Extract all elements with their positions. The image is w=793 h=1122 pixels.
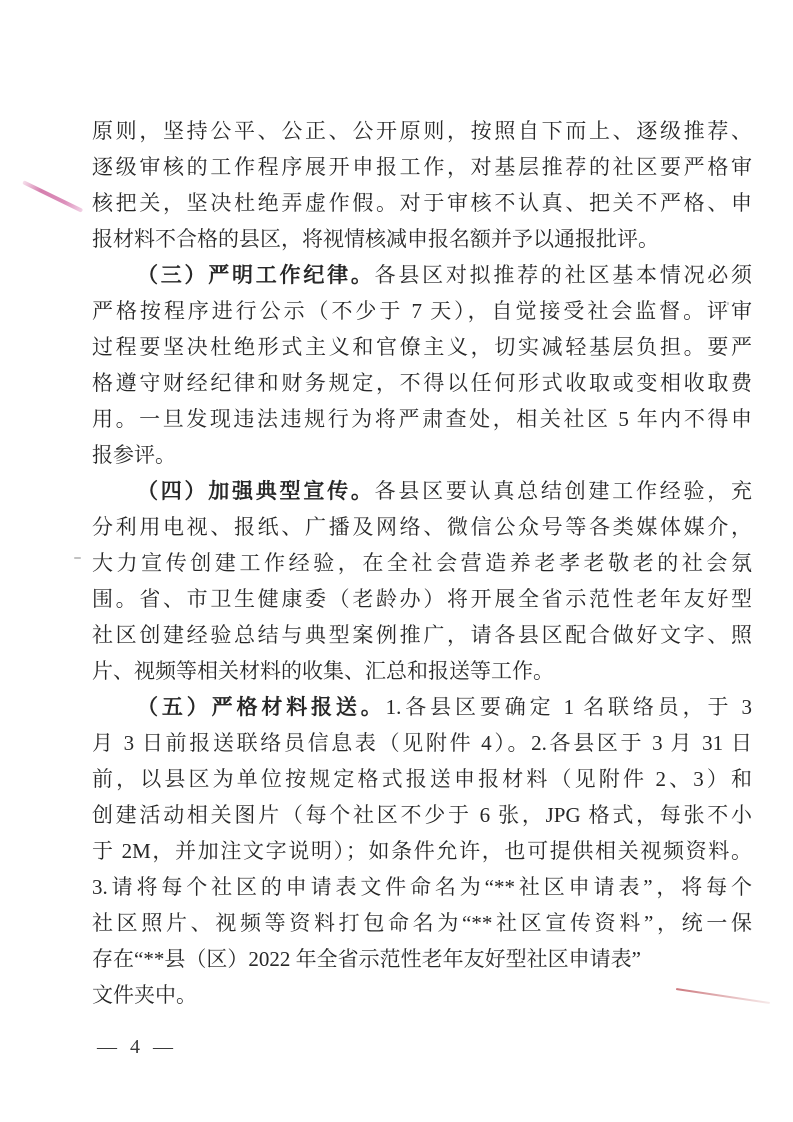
page-number: — 4 —	[97, 1036, 177, 1059]
line-text: 各县区要认真总结创建工作经验，充	[375, 479, 752, 503]
section-heading: （三）严明工作纪律。	[137, 263, 375, 287]
text-line: 分利用电视、报纸、广播及网络、微信公众号等各类媒体媒介，	[92, 509, 752, 545]
line-text: 3.请将每个社区的申请表文件命名为“**社区申请表”，将每个	[92, 875, 752, 899]
text-line: 报参评。	[92, 437, 752, 473]
line-text: 文件夹中。	[92, 983, 197, 1007]
text-line: 月 3 日前报送联络员信息表（见附件 4）。2.各县区于 3 月 31 日	[92, 725, 752, 761]
text-line: 社区创建经验总结与典型案例推广，请各县区配合做好文字、照	[92, 617, 752, 653]
line-text: 用。一旦发现违法违规行为将严肃查处，相关社区 5 年内不得申	[92, 407, 752, 431]
text-line: （四）加强典型宣传。各县区要认真总结创建工作经验，充	[92, 473, 752, 509]
text-line: 报材料不合格的县区，将视情核减申报名额并予以通报批评。	[92, 221, 752, 257]
line-text: 存在“**县（区）2022 年全省示范性老年友好型社区申请表”	[92, 947, 641, 971]
line-text: 分利用电视、报纸、广播及网络、微信公众号等各类媒体媒介，	[92, 515, 752, 539]
document-body: 原则，坚持公平、公正、公开原则，按照自下而上、逐级推荐、 逐级审核的工作程序展开…	[92, 113, 752, 1013]
text-line: 核把关，坚决杜绝弄虚作假。对于审核不认真、把关不严格、申	[92, 185, 752, 221]
line-text: 围。省、市卫生健康委（老龄办）将开展全省示范性老年友好型	[92, 587, 752, 611]
pink-pen-mark	[22, 180, 83, 213]
line-text: 报材料不合格的县区，将视情核减申报名额并予以通报批评。	[92, 227, 659, 251]
section-heading: （四）加强典型宣传。	[137, 479, 375, 503]
text-line: （五）严格材料报送。1.各县区要确定 1 名联络员，于 3	[92, 689, 752, 725]
text-line: 片、视频等相关材料的收集、汇总和报送等工作。	[92, 653, 752, 689]
line-text: 各县区对拟推荐的社区基本情况必须	[375, 263, 752, 287]
text-line: 创建活动相关图片（每个社区不少于 6 张，JPG 格式，每张不小	[92, 797, 752, 833]
line-text: 过程要坚决杜绝形式主义和官僚主义，切实减轻基层负担。要严	[92, 335, 752, 359]
text-line: 用。一旦发现违法违规行为将严肃查处，相关社区 5 年内不得申	[92, 401, 752, 437]
line-text: 逐级审核的工作程序展开申报工作，对基层推荐的社区要严格审	[92, 155, 752, 179]
text-line: 存在“**县（区）2022 年全省示范性老年友好型社区申请表”	[92, 941, 752, 977]
section-heading: （五）严格材料报送。	[137, 695, 386, 719]
line-text: 社区创建经验总结与典型案例推广，请各县区配合做好文字、照	[92, 623, 752, 647]
text-line: 原则，坚持公平、公正、公开原则，按照自下而上、逐级推荐、	[92, 113, 752, 149]
text-line: 前，以县区为单位按规定格式报送申报材料（见附件 2、3）和	[92, 761, 752, 797]
text-line: 格遵守财经纪律和财务规定，不得以任何形式收取或变相收取费	[92, 365, 752, 401]
line-text: 大力宣传创建工作经验，在全社会营造养老孝老敬老的社会氛	[92, 551, 752, 575]
text-line: 严格按程序进行公示（不少于 7 天），自觉接受社会监督。评审	[92, 293, 752, 329]
line-text: 前，以县区为单位按规定格式报送申报材料（见附件 2、3）和	[92, 767, 752, 791]
text-line: 过程要坚决杜绝形式主义和官僚主义，切实减轻基层负担。要严	[92, 329, 752, 365]
text-line: 文件夹中。	[92, 977, 752, 1013]
line-text: 社区照片、视频等资料打包命名为“**社区宣传资料”，统一保	[92, 911, 752, 935]
text-line: 社区照片、视频等资料打包命名为“**社区宣传资料”，统一保	[92, 905, 752, 941]
text-line: （三）严明工作纪律。各县区对拟推荐的社区基本情况必须	[92, 257, 752, 293]
text-line: 逐级审核的工作程序展开申报工作，对基层推荐的社区要严格审	[92, 149, 752, 185]
scan-speck	[74, 557, 81, 559]
document-page: 原则，坚持公平、公正、公开原则，按照自下而上、逐级推荐、 逐级审核的工作程序展开…	[0, 0, 793, 1122]
line-text: 1.各县区要确定 1 名联络员，于 3	[386, 695, 752, 719]
text-line: 于 2M，并加注文字说明）；如条件允许，也可提供相关视频资料。	[92, 833, 752, 869]
line-text: 格遵守财经纪律和财务规定，不得以任何形式收取或变相收取费	[92, 371, 752, 395]
text-line: 大力宣传创建工作经验，在全社会营造养老孝老敬老的社会氛	[92, 545, 752, 581]
line-text: 报参评。	[92, 443, 176, 467]
line-text: 片、视频等相关材料的收集、汇总和报送等工作。	[92, 659, 554, 683]
text-line: 3.请将每个社区的申请表文件命名为“**社区申请表”，将每个	[92, 869, 752, 905]
text-line: 围。省、市卫生健康委（老龄办）将开展全省示范性老年友好型	[92, 581, 752, 617]
line-text: 创建活动相关图片（每个社区不少于 6 张，JPG 格式，每张不小	[92, 803, 752, 827]
line-text: 严格按程序进行公示（不少于 7 天），自觉接受社会监督。评审	[92, 299, 752, 323]
line-text: 月 3 日前报送联络员信息表（见附件 4）。2.各县区于 3 月 31 日	[92, 731, 752, 755]
line-text: 于 2M，并加注文字说明）；如条件允许，也可提供相关视频资料。	[92, 839, 752, 863]
line-text: 核把关，坚决杜绝弄虚作假。对于审核不认真、把关不严格、申	[92, 191, 752, 215]
line-text: 原则，坚持公平、公正、公开原则，按照自下而上、逐级推荐、	[92, 119, 752, 143]
